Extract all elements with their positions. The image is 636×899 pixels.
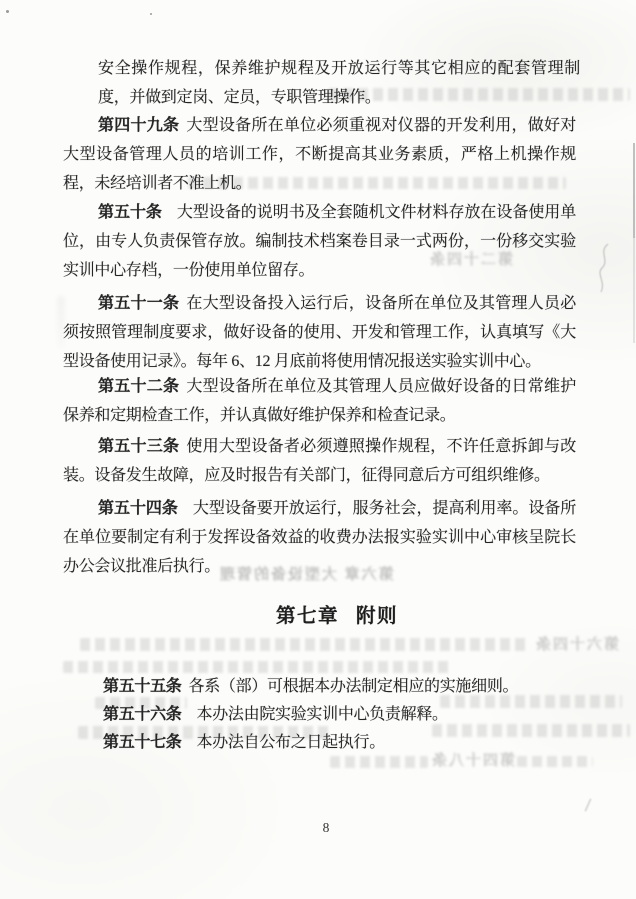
chapter-title: 附则 <box>356 606 398 627</box>
chapter-7-heading: 第七章附则 <box>0 602 636 631</box>
article-50-paragraph: 第五十条大型设备的说明书及全套随机文件材料存放在设备使用单位，由专人负责保管存放… <box>63 198 576 285</box>
bleedthrough-smudge <box>80 638 528 651</box>
article-56-paragraph: 第五十六条本办法由院实验实训中心负责解释。 <box>63 700 576 729</box>
article-56-text: 本办法由院实验实训中心负责解释。 <box>197 706 448 723</box>
scan-speck <box>150 13 152 15</box>
article-49-paragraph: 第四十九条大型设备所在单位必须重视对仪器的开发利用，做好对大型设备管理人员的培训… <box>63 111 576 198</box>
article-55-paragraph: 第五十五条各系（部）可根据本办法制定相应的实施细则。 <box>63 672 576 701</box>
article-57-paragraph: 第五十七条本办法自公布之日起执行。 <box>63 728 576 757</box>
scan-edge-line <box>633 143 635 238</box>
scanned-document-page: 第二十四条 第六章 大型设备的管理 第六十四条 第四十八条 安全操作规程，保养维… <box>0 0 636 899</box>
bleedthrough-mirrored-text: 第六十四条 <box>534 637 619 653</box>
article-54-paragraph: 第五十四条大型设备要开放运行，服务社会，提高利用率。设备所在单位要制定有利于发挥… <box>63 494 576 581</box>
bleedthrough-smudge <box>330 756 428 768</box>
article-57-number: 第五十七条 <box>103 734 182 751</box>
article-49-number: 第四十九条 <box>98 117 179 134</box>
article-55-number: 第五十五条 <box>103 678 182 695</box>
article-53-number: 第五十三条 <box>98 438 179 455</box>
article-52-number: 第五十二条 <box>98 378 179 395</box>
ink-squiggle-mark <box>594 242 614 294</box>
chapter-number: 第七章 <box>276 606 339 627</box>
article-50-number: 第五十条 <box>98 204 162 221</box>
article-51-paragraph: 第五十一条在大型设备投入运行后，设备所在单位及其管理人员必须按照管理制度要求，做… <box>63 289 576 376</box>
article-54-number: 第五十四条 <box>98 500 178 517</box>
article-52-paragraph: 第五十二条大型设备所在单位及其管理人员应做好设备的日常维护保养和定期检查工作，并… <box>63 372 576 430</box>
article-56-number: 第五十六条 <box>103 706 182 723</box>
scan-speck <box>6 10 9 13</box>
ink-mark <box>584 798 592 812</box>
article-57-text: 本办法自公布之日起执行。 <box>197 734 385 751</box>
article-53-paragraph: 第五十三条使用大型设备者必须遵照操作规程，不许任意拆卸与改装。设备发生故障，应及… <box>63 432 576 490</box>
scan-edge-line <box>633 238 635 343</box>
paragraph-continuation: 安全操作规程，保养维护规程及开放运行等其它相应的配套管理制度，并做到定岗、定员，… <box>98 54 580 112</box>
page-number: 8 <box>0 820 636 836</box>
bleedthrough-smudge <box>517 756 593 767</box>
article-51-number: 第五十一条 <box>98 295 179 312</box>
article-55-text: 各系（部）可根据本办法制定相应的实施细则。 <box>189 678 519 695</box>
